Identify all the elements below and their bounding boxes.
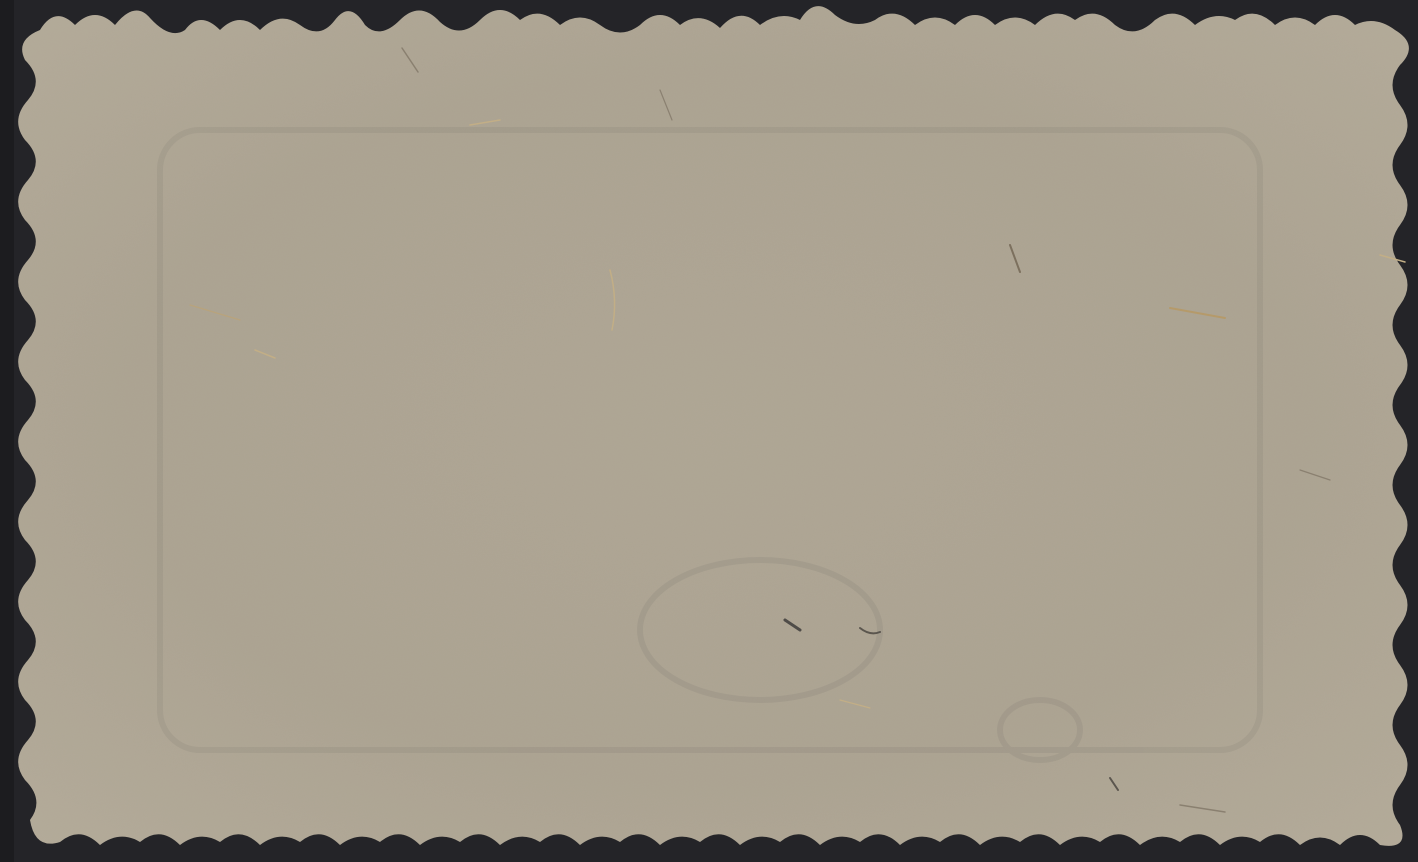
photo-backdrop	[0, 0, 1418, 862]
stamp-back	[0, 0, 1418, 862]
